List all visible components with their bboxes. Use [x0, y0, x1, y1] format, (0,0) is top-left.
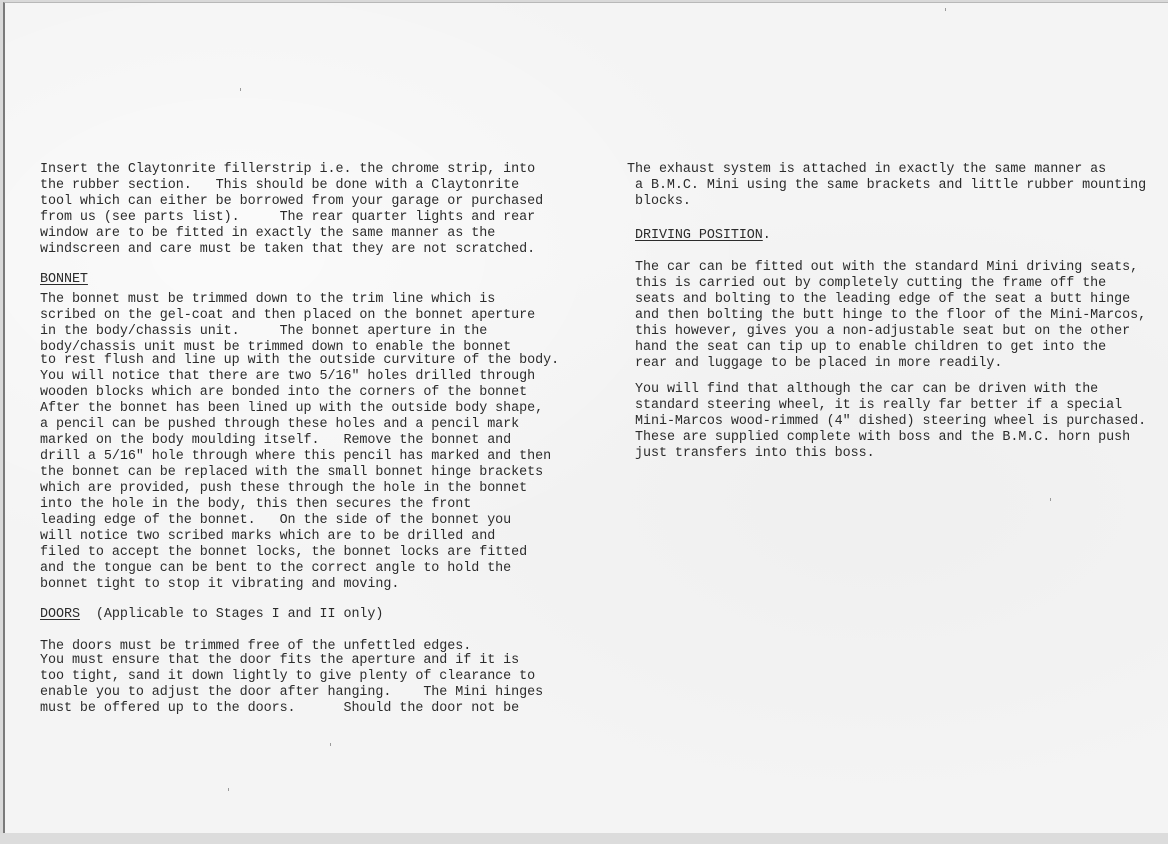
heading-period: . — [763, 228, 771, 243]
text-line: Insert the Claytonrite fillerstrip i.e. … — [40, 162, 559, 178]
text-line: Mini-Marcos wood-rimmed (4" dished) stee… — [635, 414, 1146, 430]
text-line: the rubber section. This should be done … — [40, 178, 559, 194]
text-line: The car can be fitted out with the stand… — [635, 260, 1146, 276]
text-line: this however, gives you a non-adjustable… — [635, 324, 1146, 340]
text-line: to rest flush and line up with the outsi… — [40, 353, 559, 369]
text-line: drill a 5/16" hole through where this pe… — [40, 449, 559, 465]
text-line: You will notice that there are two 5/16"… — [40, 369, 559, 385]
driving-paragraph-1: The car can be fitted out with the stand… — [635, 260, 1146, 372]
paper-speck — [228, 788, 229, 791]
text-line: You will find that although the car can … — [635, 382, 1146, 398]
text-line: standard steering wheel, it is really fa… — [635, 398, 1146, 414]
text-line: seats and bolting to the leading edge of… — [635, 292, 1146, 308]
text-line: just transfers into this boss. — [635, 446, 1146, 462]
text-line: this is carried out by completely cuttin… — [635, 276, 1146, 292]
text-line: scribed on the gel-coat and then placed … — [40, 308, 559, 324]
text-line: a B.M.C. Mini using the same brackets an… — [627, 178, 1146, 194]
bonnet-section: BONNET The bonnet must be trimmed down t… — [40, 272, 559, 593]
text-line: enable you to adjust the door after hang… — [40, 685, 559, 701]
text-line: rear and luggage to be placed in more re… — [635, 356, 1146, 372]
text-line: into the hole in the body, this then sec… — [40, 497, 559, 513]
section-heading-bonnet: BONNET — [40, 272, 559, 288]
text-line: windscreen and care must be taken that t… — [40, 242, 559, 258]
text-line: window are to be fitted in exactly the s… — [40, 226, 559, 242]
text-line: from us (see parts list). The rear quart… — [40, 210, 559, 226]
text-line: bonnet tight to stop it vibrating and mo… — [40, 577, 559, 593]
text-line: the bonnet can be replaced with the smal… — [40, 465, 559, 481]
text-line: These are supplied complete with boss an… — [635, 430, 1146, 446]
driving-position-section: DRIVING POSITION. The car can be fitted … — [627, 228, 1146, 462]
right-column: The exhaust system is attached in exactl… — [627, 162, 1146, 462]
section-heading-driving-position: DRIVING POSITION — [635, 228, 763, 243]
text-line: a pencil can be pushed through these hol… — [40, 417, 559, 433]
text-line: leading edge of the bonnet. On the side … — [40, 513, 559, 529]
text-line: must be offered up to the doors. Should … — [40, 701, 559, 717]
text-line: will notice two scribed marks which are … — [40, 529, 559, 545]
text-line: blocks. — [627, 194, 1146, 210]
driving-heading-row: DRIVING POSITION. — [635, 228, 1146, 244]
text-line: The doors must be trimmed free of the un… — [40, 639, 559, 653]
doors-section: DOORS (Applicable to Stages I and II onl… — [40, 607, 559, 717]
text-line: and then bolting the butt hinge to the f… — [635, 308, 1146, 324]
text-line: marked on the body moulding itself. Remo… — [40, 433, 559, 449]
scanner-bed-edge — [0, 833, 1168, 844]
text-line: After the bonnet has been lined up with … — [40, 401, 559, 417]
doors-heading-row: DOORS (Applicable to Stages I and II onl… — [40, 607, 559, 623]
text-line: The exhaust system is attached in exactl… — [627, 162, 1146, 178]
text-line: filed to accept the bonnet locks, the bo… — [40, 545, 559, 561]
paper-speck — [240, 88, 241, 91]
text-line: too tight, sand it down lightly to give … — [40, 669, 559, 685]
text-line: body/chassis unit must be trimmed down t… — [40, 340, 559, 353]
text-line: tool which can either be borrowed from y… — [40, 194, 559, 210]
exhaust-paragraph: The exhaust system is attached in exactl… — [627, 162, 1146, 210]
text-line: in the body/chassis unit. The bonnet ape… — [40, 324, 559, 340]
text-line: The bonnet must be trimmed down to the t… — [40, 292, 559, 308]
section-heading-doors: DOORS — [40, 607, 80, 622]
doors-heading-note: (Applicable to Stages I and II only) — [80, 607, 383, 622]
text-line: hand the seat can tip up to enable child… — [635, 340, 1146, 356]
intro-paragraph: Insert the Claytonrite fillerstrip i.e. … — [40, 162, 559, 258]
text-line: You must ensure that the door fits the a… — [40, 653, 559, 669]
text-line: wooden blocks which are bonded into the … — [40, 385, 559, 401]
text-line: and the tongue can be bent to the correc… — [40, 561, 559, 577]
paper-speck — [945, 8, 946, 11]
paper-speck — [330, 743, 331, 746]
left-column: Insert the Claytonrite fillerstrip i.e. … — [40, 162, 559, 717]
text-line: which are provided, push these through t… — [40, 481, 559, 497]
driving-paragraph-2: You will find that although the car can … — [635, 382, 1146, 462]
paper-speck — [1050, 498, 1051, 501]
